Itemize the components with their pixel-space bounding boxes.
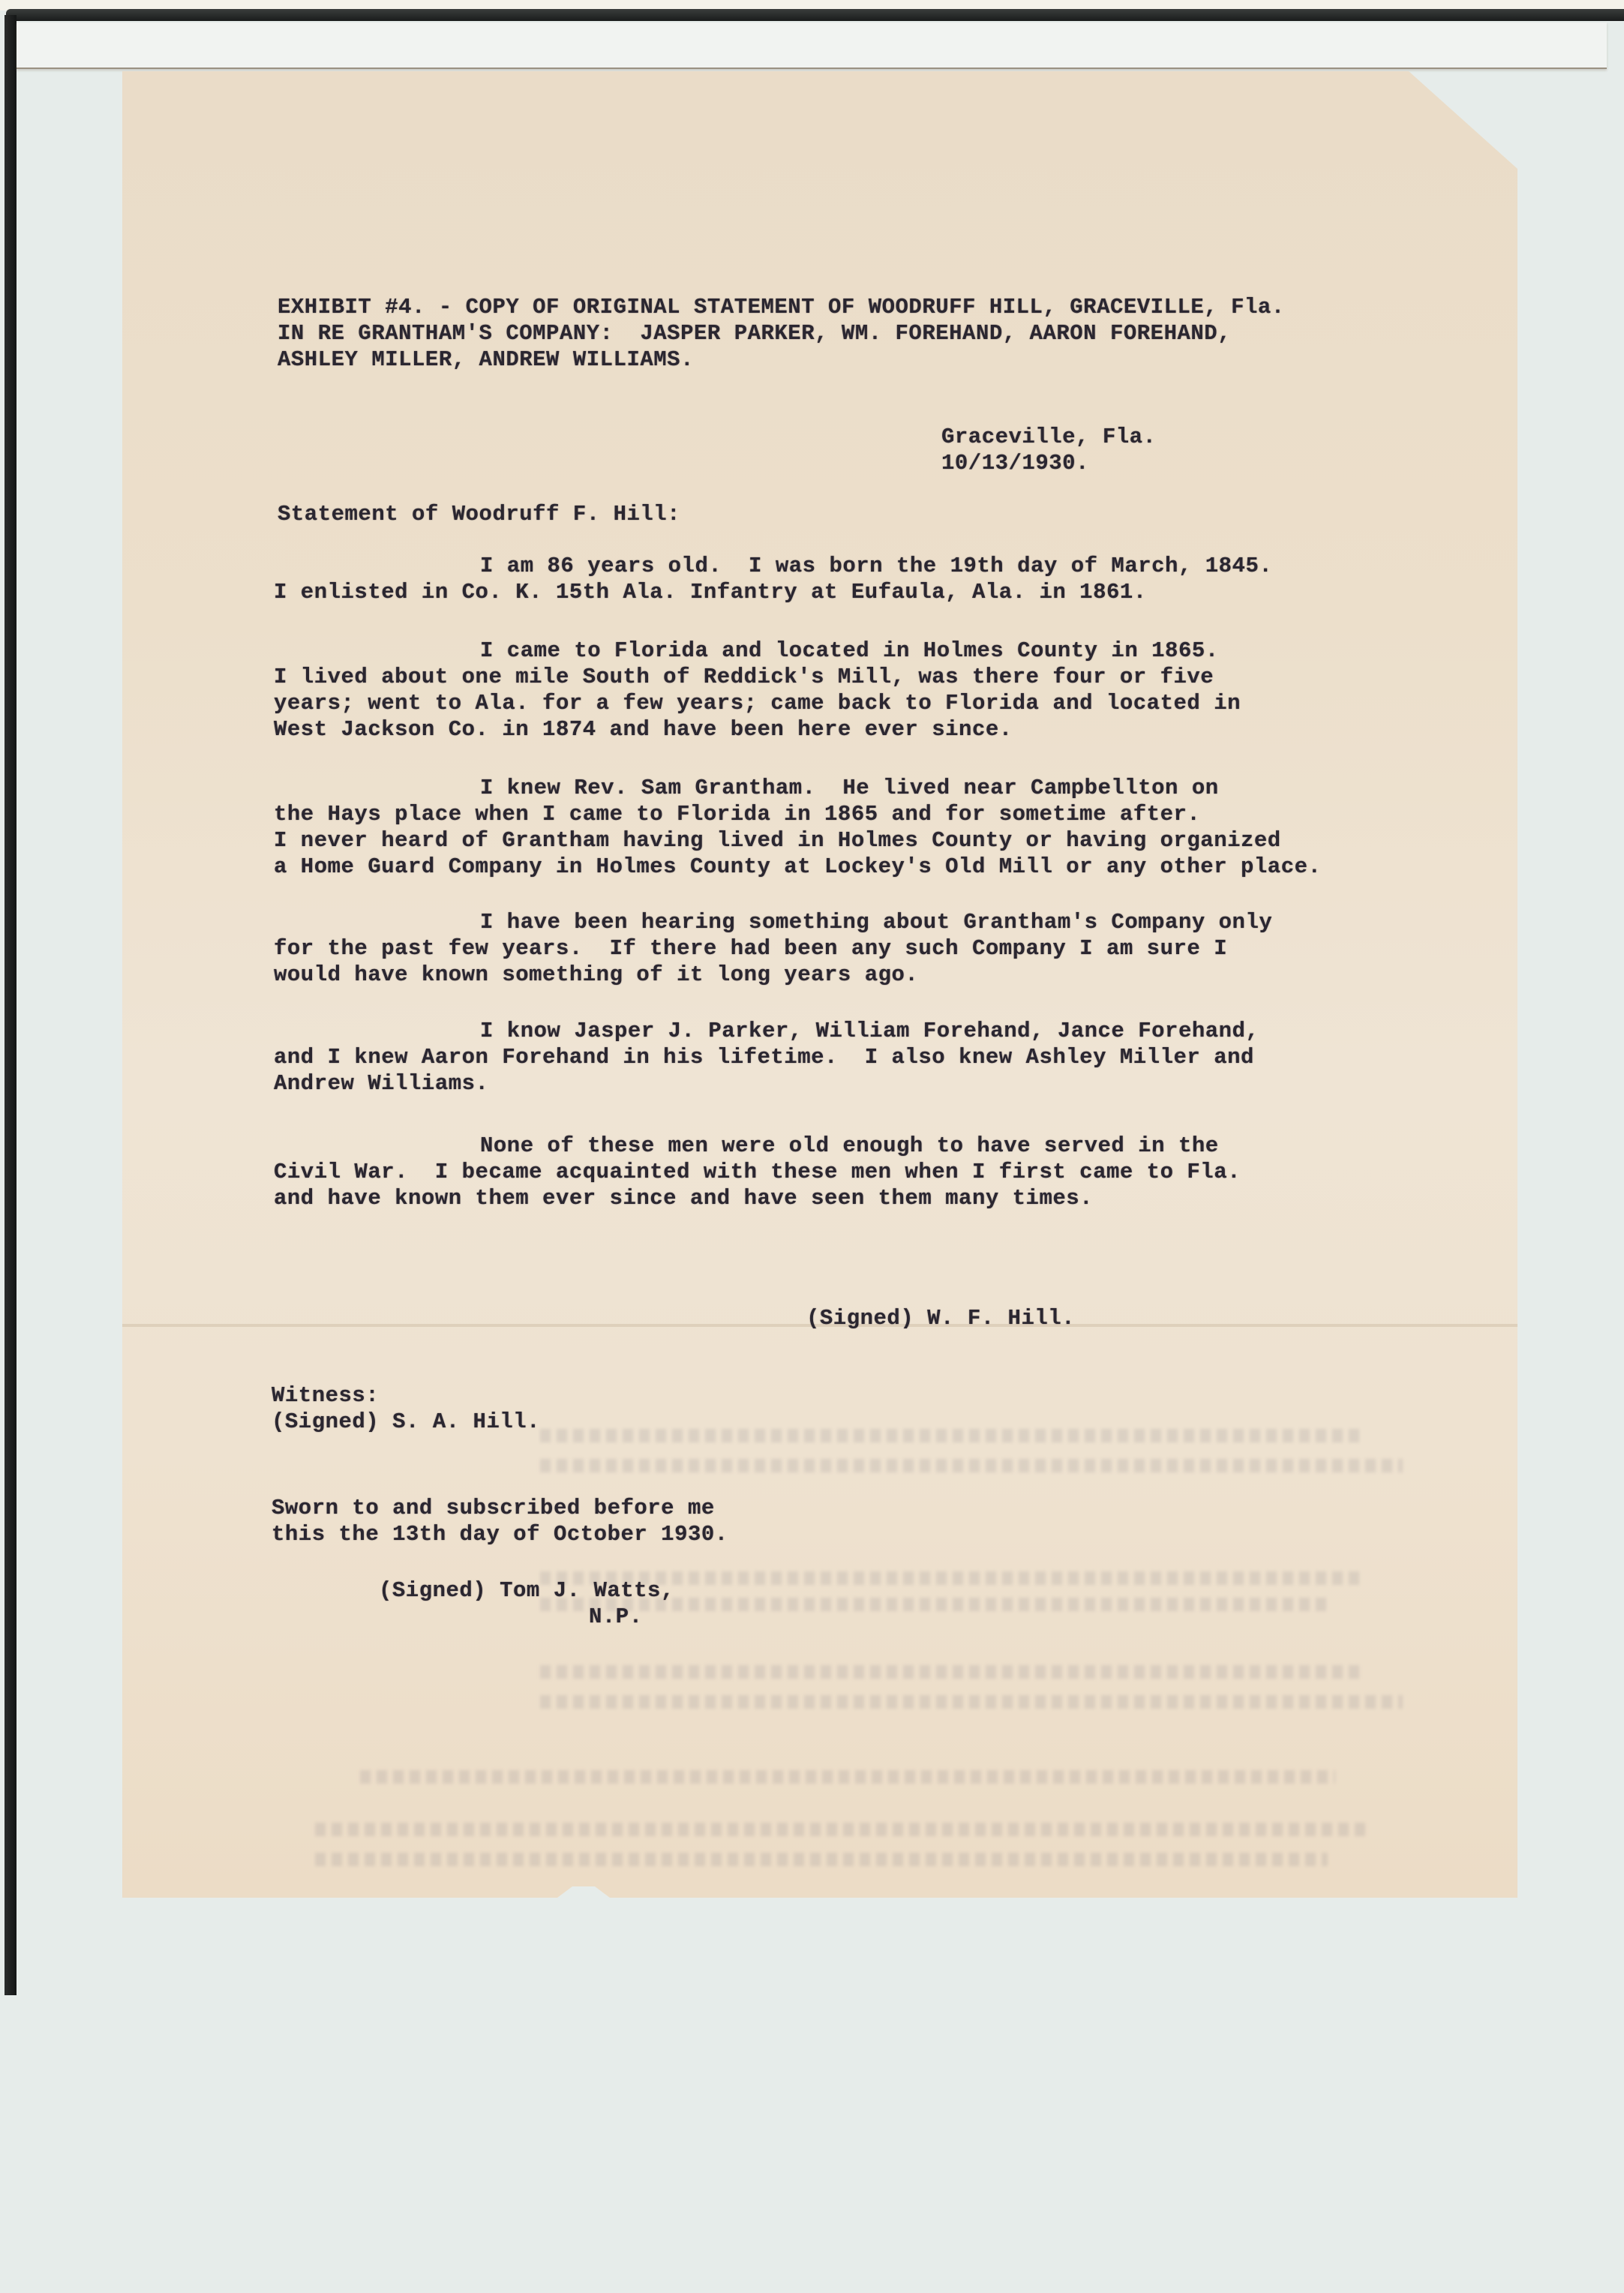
paragraph-line: I am 86 years old. I was born the 19th d…: [274, 553, 1399, 579]
paragraph-line: a Home Guard Company in Holmes County at…: [274, 854, 1399, 880]
witness-signature: (Signed) S. A. Hill.: [272, 1409, 540, 1435]
statement-title: Statement of Woodruff F. Hill:: [278, 501, 680, 527]
paragraph-grantham: I knew Rev. Sam Grantham. He lived near …: [274, 775, 1399, 880]
place-line: Graceville, Fla.: [941, 424, 1156, 450]
bleed-through-text: [540, 1665, 1365, 1679]
paragraph-line: I knew Rev. Sam Grantham. He lived near …: [274, 775, 1399, 801]
notary-signature: (Signed) Tom J. Watts,: [379, 1577, 674, 1604]
signature-w-f-hill: (Signed) W. F. Hill.: [806, 1305, 1075, 1331]
sworn-line: this the 13th day of October 1930.: [272, 1521, 728, 1547]
paragraph-line: I came to Florida and located in Holmes …: [274, 638, 1399, 664]
paragraph-line: I have been hearing something about Gran…: [274, 909, 1399, 935]
paragraph-line: West Jackson Co. in 1874 and have been h…: [274, 716, 1399, 743]
paragraph-line: I lived about one mile South of Reddick'…: [274, 664, 1399, 690]
paragraph-line: for the past few years. If there had bee…: [274, 935, 1399, 962]
paragraph-line: and I knew Aaron Forehand in his lifetim…: [274, 1044, 1399, 1070]
paragraph-line: I know Jasper J. Parker, William Forehan…: [274, 1018, 1399, 1044]
paragraph-line: Civil War. I became acquainted with thes…: [274, 1159, 1399, 1185]
witness-label: Witness:: [272, 1382, 379, 1409]
scanner-frame-left: [5, 15, 17, 1995]
exhibit-header-line: EXHIBIT #4. - COPY OF ORIGINAL STATEMENT…: [278, 294, 1285, 320]
bleed-through-text: [360, 1770, 1335, 1784]
bleed-through-text: [315, 1853, 1328, 1866]
paragraph-civil-war: None of these men were old enough to hav…: [274, 1133, 1399, 1211]
paragraph-acquaintances: I know Jasper J. Parker, William Forehan…: [274, 1018, 1399, 1097]
paragraph-line: and have known them ever since and have …: [274, 1185, 1399, 1211]
paragraph-line: would have known something of it long ye…: [274, 962, 1399, 988]
scanner-frame-top: [6, 9, 1624, 21]
exhibit-header-line: IN RE GRANTHAM'S COMPANY: JASPER PARKER,…: [278, 320, 1231, 347]
bleed-through-text: [315, 1823, 1365, 1836]
bleed-through-text: [540, 1695, 1403, 1709]
bleed-through-text: [540, 1429, 1365, 1442]
tape-strip: [17, 23, 1607, 69]
paragraph-line: I never heard of Grantham having lived i…: [274, 827, 1399, 854]
notary-title: N.P.: [589, 1604, 643, 1630]
date-line: 10/13/1930.: [941, 450, 1089, 476]
paragraph-residence: I came to Florida and located in Holmes …: [274, 638, 1399, 743]
paragraph-line: Andrew Williams.: [274, 1070, 1399, 1097]
paragraph-age-enlistment: I am 86 years old. I was born the 19th d…: [274, 553, 1399, 605]
paragraph-line: the Hays place when I came to Florida in…: [274, 801, 1399, 827]
exhibit-header-line: ASHLEY MILLER, ANDREW WILLIAMS.: [278, 347, 694, 373]
paragraph-line: years; went to Ala. for a few years; cam…: [274, 690, 1399, 716]
paragraph-company-hearsay: I have been hearing something about Gran…: [274, 909, 1399, 988]
bleed-through-text: [540, 1459, 1403, 1472]
paragraph-line: None of these men were old enough to hav…: [274, 1133, 1399, 1159]
sworn-line: Sworn to and subscribed before me: [272, 1495, 715, 1521]
paragraph-line: I enlisted in Co. K. 15th Ala. Infantry …: [274, 579, 1399, 605]
